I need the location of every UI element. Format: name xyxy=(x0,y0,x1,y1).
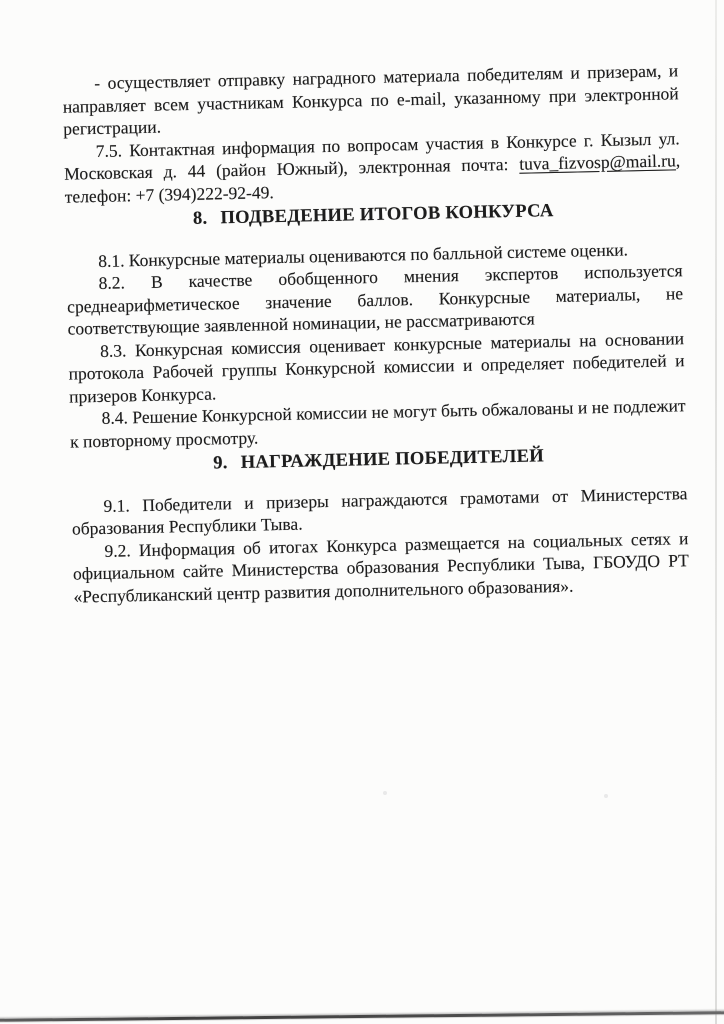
scan-speck xyxy=(383,791,387,795)
paragraph-9-2: 9.2. Информация об итогах Конкурса разме… xyxy=(72,527,689,608)
contact-email: tuva_fizvosp@mail.ru xyxy=(519,150,676,173)
scanned-document-page: - осуществляет отправку наградного матер… xyxy=(0,0,724,1024)
section-9-number: 9. xyxy=(213,453,228,473)
section-9-title: НАГРАЖДЕНИЕ ПОБЕДИТЕЛЕЙ xyxy=(241,446,545,473)
contact-comma: , xyxy=(676,150,681,170)
scan-speck xyxy=(604,794,608,798)
section-8-number: 8. xyxy=(193,209,208,229)
section-8-title: ПОДВЕДЕНИЕ ИТОГОВ КОНКУРСА xyxy=(220,201,553,228)
scan-right-edge-line xyxy=(715,0,717,1024)
document-text-block: - осуществляет отправку наградного матер… xyxy=(62,59,690,607)
scan-bottom-edge-line xyxy=(0,1011,724,1021)
paragraph-contact-info: 7.5. Контактная информация по вопросам у… xyxy=(64,127,681,208)
